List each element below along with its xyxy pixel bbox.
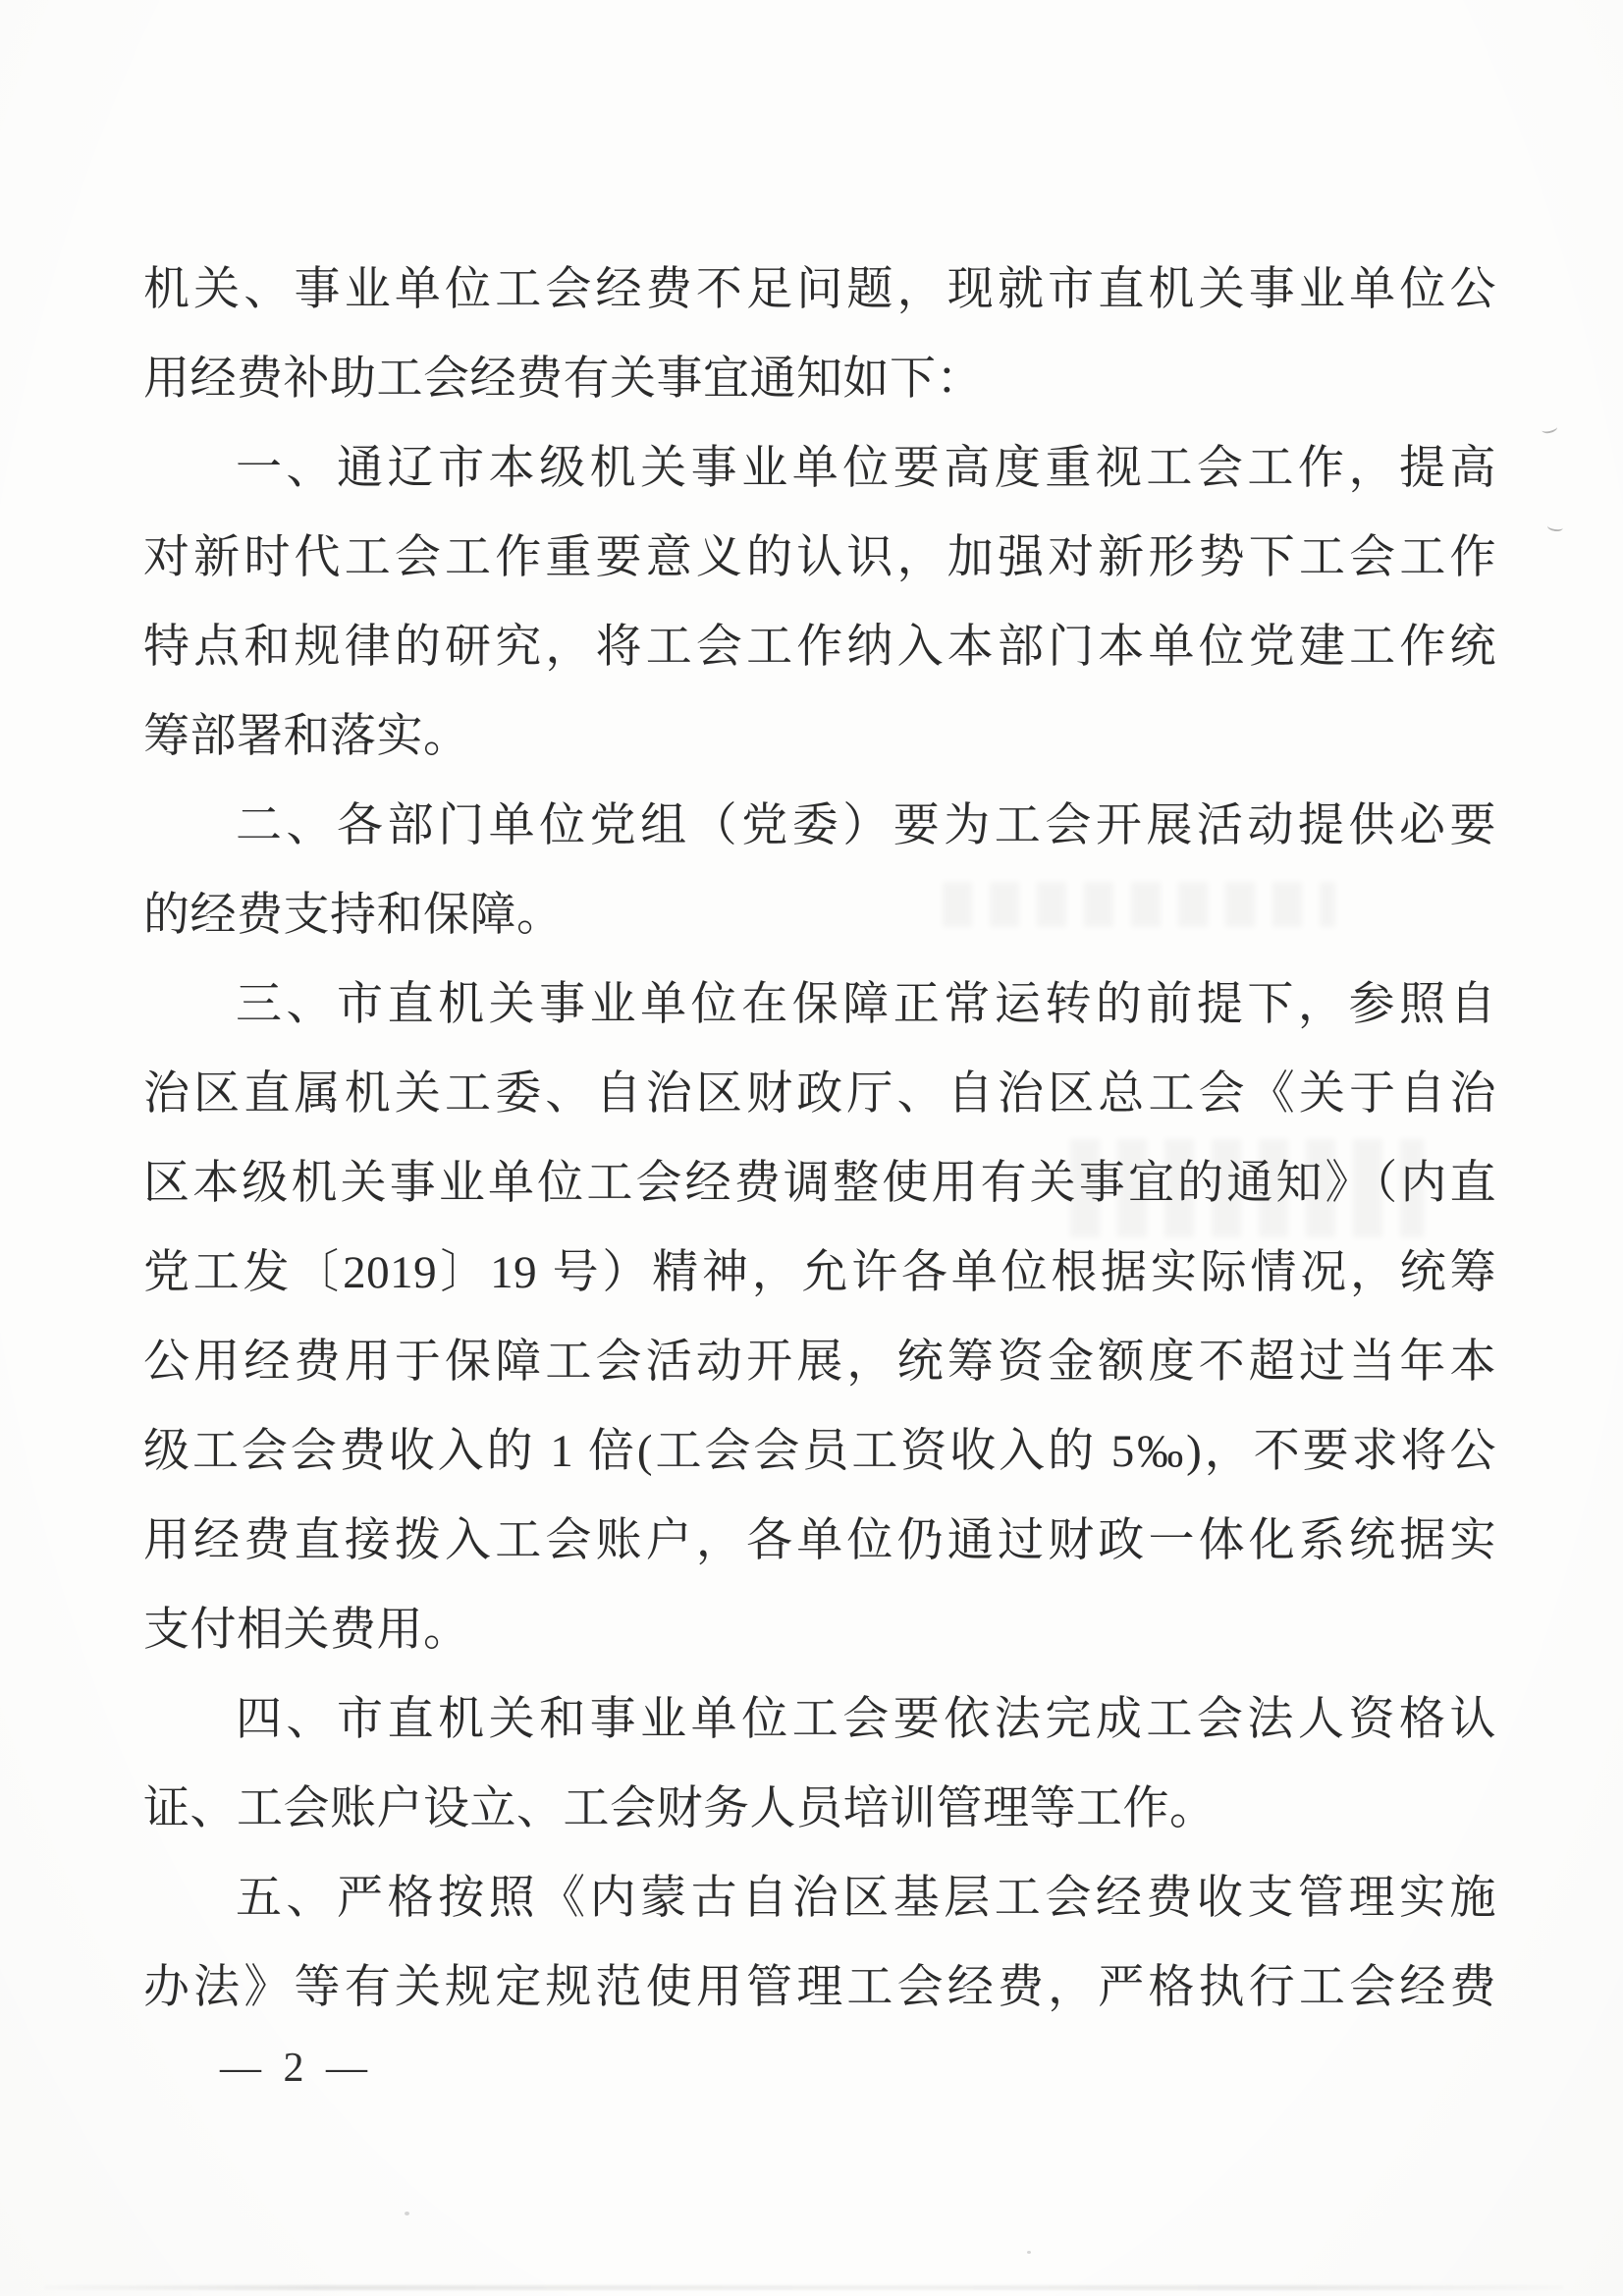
text-line: 用经费补助工会经费有关事宜通知如下： (143, 335, 1496, 424)
text-line: 区本级机关事业单位工会经费调整使用有关事宜的通知》（内直 (143, 1139, 1496, 1229)
page-number: — 2 — (220, 2043, 373, 2094)
text-line: 证、工会账户设立、工会财务人员培训管理等工作。 (143, 1765, 1496, 1854)
text-line: 办法》等有关规定规范使用管理工会经费，严格执行工会经费 (143, 1943, 1496, 2033)
text-line: 三、市直机关事业单位在保障正常运转的前提下，参照自 (143, 960, 1496, 1050)
text-line: 的经费支持和保障。 (143, 871, 1496, 960)
scan-speck (1027, 2251, 1031, 2254)
text-line: 党工发〔2019〕19 号）精神，允许各单位根据实际情况，统筹 (143, 1229, 1496, 1318)
text-line: 一、通辽市本级机关事业单位要高度重视工会工作，提高 (143, 424, 1496, 514)
text-line: 公用经费用于保障工会活动开展，统筹资金额度不超过当年本 (143, 1318, 1496, 1407)
scanner-edge-shadow (44, 2285, 1564, 2290)
text-line: 特点和规律的研究，将工会工作纳入本部门本单位党建工作统 (143, 603, 1496, 692)
scan-speck (405, 2212, 409, 2215)
document-body-text: 机关、事业单位工会经费不足问题，现就市直机关事业单位公用经费补助工会经费有关事宜… (143, 246, 1496, 2033)
text-line: 五、严格按照《内蒙古自治区基层工会经费收支管理实施 (143, 1854, 1496, 1943)
scan-mark-artifact (1546, 521, 1563, 532)
text-line: 治区直属机关工委、自治区财政厅、自治区总工会《关于自治 (143, 1050, 1496, 1139)
text-line: 级工会会费收入的 1 倍(工会会员工资收入的 5‰)，不要求将公 (143, 1407, 1496, 1497)
text-line: 机关、事业单位工会经费不足问题，现就市直机关事业单位公 (143, 246, 1496, 335)
text-line: 对新时代工会工作重要意义的认识，加强对新形势下工会工作 (143, 514, 1496, 603)
text-line: 用经费直接拨入工会账户，各单位仍通过财政一体化系统据实 (143, 1497, 1496, 1586)
document-page: 机关、事业单位工会经费不足问题，现就市直机关事业单位公用经费补助工会经费有关事宜… (0, 0, 1623, 2296)
text-line: 四、市直机关和事业单位工会要依法完成工会法人资格认 (143, 1675, 1496, 1765)
text-line: 支付相关费用。 (143, 1586, 1496, 1675)
text-line: 筹部署和落实。 (143, 692, 1496, 782)
text-line: 二、各部门单位党组（党委）要为工会开展活动提供必要 (143, 782, 1496, 871)
scan-mark-artifact (1541, 422, 1558, 434)
